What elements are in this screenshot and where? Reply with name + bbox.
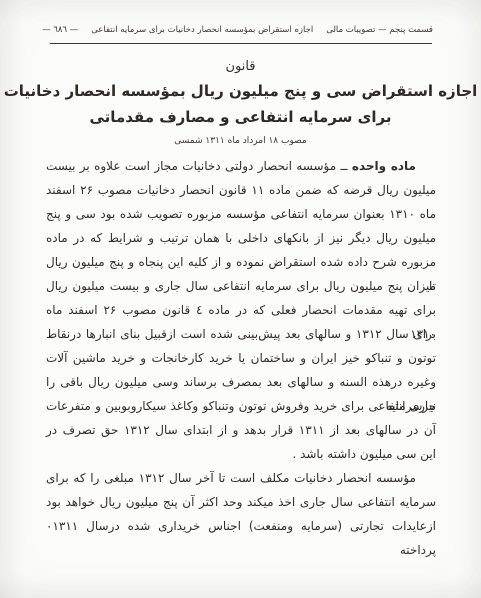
header-running-title: اجازه استقراض بمؤسسه انحصار دخانیات برای… — [91, 25, 313, 35]
body-line-text: میلیون ریال قرضه که ضمن ماده ۱۱ قانون ان… — [46, 183, 436, 197]
body-line: میلیون ریال قرضه که ضمن ماده ۱۱ قانون ان… — [46, 178, 436, 202]
body-line: ماه ۱۳۱۰ بعنوان سرمایه انتفاعی مؤسسه مزب… — [46, 202, 436, 226]
body-line: وغیره درهذه السنه و سالهای بعد بمصرف برس… — [46, 370, 436, 394]
body-line: میزان پنج میلیون ریال برای سرمایه انتفاع… — [46, 274, 436, 298]
article-label: ماده واحده — [352, 159, 416, 173]
body-line: مزبوره شرح داده شده استقراض نموده و از ک… — [46, 250, 436, 274]
body-line: برای سال ۱۳۱۲ و سالهای بعد پیش‌بینی شده … — [46, 322, 436, 346]
body-line-text: ازعایدات تجارتی (سرمایه ومنفعت) اجناس خر… — [52, 514, 436, 562]
body-line: سرمایه انتفاعی سال جاری اخذ میکند وحد اک… — [46, 490, 436, 514]
law-subtitle-line2: برای سرمایه انتفاعی و مصارف مقدماتی — [0, 108, 481, 126]
page-header: قسمت پنجم — تصویبات مالی اجازه استقراض ب… — [48, 25, 433, 35]
body-line-text: برای سال ۱۳۱۲ و سالهای بعد پیش‌بینی شده … — [46, 327, 436, 341]
body-line-text: توتون و تنباکو خیز ایران و ساختمان یا خر… — [46, 351, 436, 365]
body-line: توتون و تنباکو خیز ایران و ساختمان یا خر… — [46, 346, 436, 370]
body-line-text: ــ مؤسسه انحصار دولتی دخانیات مجاز است ع… — [46, 159, 352, 173]
body-line-text: مؤسسه انحصار دخانیات مکلف است تا آخر سال… — [46, 471, 416, 485]
body-line-text: جاری انتفاعی برای خرید وفروش توتون وتنبا… — [46, 399, 436, 413]
header-page-number: — ٦٨٦ — — [42, 25, 78, 35]
body-line-text: میزان پنج میلیون ریال برای سرمایه انتفاع… — [46, 279, 436, 293]
body-line: ازعایدات تجارتی (سرمایه ومنفعت) اجناس خر… — [46, 514, 436, 538]
body-line-text: ماه ۱۳۱۰ بعنوان سرمایه انتفاعی مؤسسه مزب… — [46, 207, 436, 221]
header-rule — [50, 43, 432, 44]
body-line: ماده واحده ــ مؤسسه انحصار دولتی دخانیات… — [46, 154, 436, 178]
body-line: برای تهیه مقدمات انحصار فعلی که در ماده … — [46, 298, 436, 322]
body-line-text: میلیون ریال دیگر نیز از بانکهای داخلی با… — [46, 231, 436, 245]
body-line-text: این سی میلیون داشته باشد . — [292, 447, 436, 461]
body-line: مؤسسه انحصار دخانیات مکلف است تا آخر سال… — [46, 466, 436, 490]
body-line: این سی میلیون داشته باشد . — [46, 442, 436, 466]
body-line: آن در سالهای بعد از ۱۳۱۱ قرار بدهد و از … — [46, 418, 436, 442]
body-line: میلیون ریال دیگر نیز از بانکهای داخلی با… — [46, 226, 436, 250]
law-body: ماده واحده ــ مؤسسه انحصار دولتی دخانیات… — [46, 154, 436, 538]
body-line-text: آن در سالهای بعد از ۱۳۱۱ قرار بدهد و از … — [46, 423, 436, 437]
approval-date: مصوب ۱۸ امرداد ماه ۱۳۱۱ شمسی — [0, 136, 481, 146]
header-section: قسمت پنجم — تصویبات مالی — [326, 25, 433, 35]
law-title: قانون — [0, 59, 481, 74]
end-mark: ٠ — [46, 514, 52, 538]
law-subtitle-line1: اجازه استقراض سی و پنج میلیون ریال بمؤسس… — [0, 82, 481, 100]
body-line-text: سرمایه انتفاعی سال جاری اخذ میکند وحد اک… — [46, 495, 436, 509]
body-line: جاری انتفاعی برای خرید وفروش توتون وتنبا… — [46, 394, 436, 418]
scanned-page: قسمت پنجم — تصویبات مالی اجازه استقراض ب… — [0, 0, 481, 598]
